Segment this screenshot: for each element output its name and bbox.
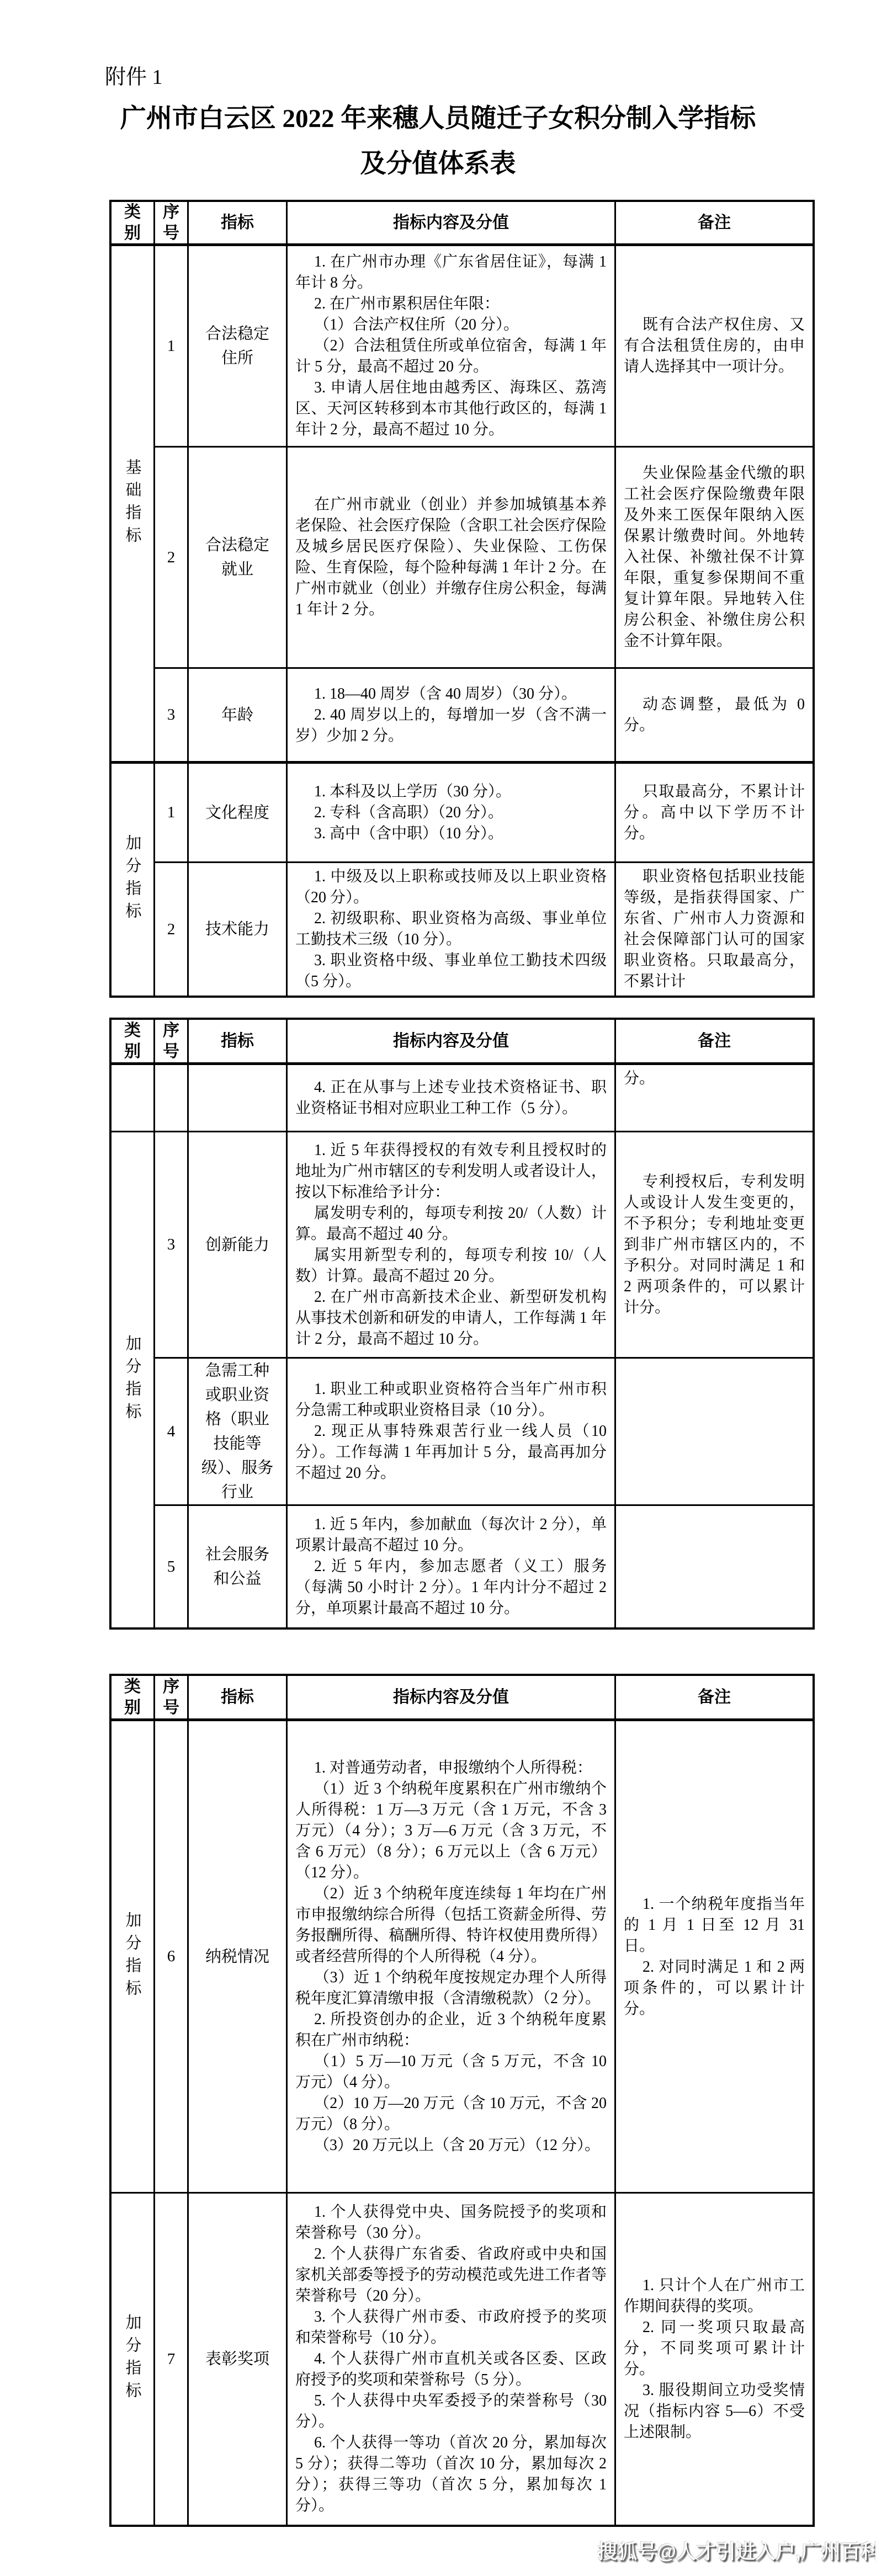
- content-age: 1. 18—40 周岁（含 40 周岁）（30 分）。2. 40 周岁以上的，每…: [288, 669, 616, 764]
- seq-cell: 7: [155, 2194, 189, 2525]
- seq-cell: 4: [155, 1359, 189, 1506]
- remark-legal-residence: 既有合法产权住房、又有合法租赁住房的，由申请人选择其中一项计分。: [616, 246, 813, 448]
- remark-legal-employment: 失业保险基金代缴的职工社会医疗保险缴费年限及外来工医保年限纳入医保累计缴费时间。…: [616, 448, 813, 669]
- remark-technical-skill: 职业资格包括职业技能等级，是指获得国家、广东省、广州市人力资源和社会保障部门认可…: [616, 863, 813, 996]
- remark-education: 只取最高分，不累计计分。高中以下学历不计分。: [616, 764, 813, 863]
- category-basic: 基础指标: [112, 246, 155, 764]
- sohu-watermark: 搜狐号@人才引进入户,广州百科: [597, 2536, 876, 2564]
- header-remark: 备注: [616, 1676, 813, 1721]
- content-legal-residence: 1. 在广州市办理《广东省居住证》，每满 1 年计 8 分。2. 在广州市累积居…: [288, 246, 616, 448]
- indicator-technical-skill: 技术能力: [189, 863, 288, 996]
- score-table-2: 类 别 序 号 指标 指标内容及分值 备注 4. 正在从事与上述专业技术资格证书…: [109, 1018, 815, 1630]
- remark-age: 动态调整，最低为 0 分。: [616, 669, 813, 764]
- score-table-3: 类 别 序 号 指标 指标内容及分值 备注 加分指标 6 纳税情况 1. 对普通…: [109, 1674, 815, 2527]
- category-bonus: 加分指标: [112, 1721, 155, 2194]
- content-legal-employment: 在广州市就业（创业）并参加城镇基本养老保险、社会医疗保险（含职工社会医疗保险及城…: [288, 448, 616, 669]
- header-content: 指标内容及分值: [288, 1676, 616, 1721]
- remark-innovation: 专利授权后，专利发明人或设计人发生变更的，不予积分；专利地址变更到非广州市辖区内…: [616, 1132, 813, 1359]
- remark-technical-skill-cont: 分。: [616, 1065, 813, 1132]
- remark-awards: 1. 只计个人在广州市工作期间获得的奖项。2. 同一奖项只取最高分，不同奖项可累…: [616, 2194, 813, 2525]
- content-innovation: 1. 近 5 年获得授权的有效专利且授权时的地址为广州市辖区的专利发明人或者设计…: [288, 1132, 616, 1359]
- seq-cell-empty: [155, 1065, 189, 1132]
- header-category: 类 别: [112, 202, 155, 246]
- header-remark: 备注: [616, 202, 813, 246]
- document-title-line2: 及分值体系表: [0, 141, 876, 187]
- indicator-social-service: 社会服务和公益: [189, 1506, 288, 1627]
- header-remark: 备注: [616, 1020, 813, 1065]
- header-seq: 序 号: [155, 202, 189, 246]
- remark-tax-status: 1. 一个纳税年度指当年的 1 月 1 日至 12 月 31 日。2. 对同时满…: [616, 1721, 813, 2194]
- category-bonus-label: 加分指标: [121, 1335, 144, 1425]
- indicator-legal-residence: 合法稳定住所: [189, 246, 288, 448]
- remark-urgent-trades: [616, 1359, 813, 1506]
- header-content: 指标内容及分值: [288, 1020, 616, 1065]
- attachment-label: 附件 1: [105, 65, 876, 89]
- indicator-awards: 表彰奖项: [189, 2194, 288, 2525]
- category-bonus-label: 加分指标: [121, 1912, 144, 2002]
- content-technical-skill-cont: 4. 正在从事与上述专业技术资格证书、职业资格证书相对应职业工种工作（5 分）。: [288, 1065, 616, 1132]
- category-empty-cell: [112, 1065, 155, 1132]
- seq-cell: 3: [155, 669, 189, 764]
- content-education: 1. 本科及以上学历（30 分）。2. 专科（含高职）（20 分）。3. 高中（…: [288, 764, 616, 863]
- category-basic-label: 基础指标: [121, 459, 144, 549]
- document-title-line1: 广州市白云区 2022 年来穗人员随迁子女积分制入学指标: [0, 96, 876, 141]
- indicator-innovation: 创新能力: [189, 1132, 288, 1359]
- header-category: 类 别: [112, 1020, 155, 1065]
- seq-cell: 1: [155, 246, 189, 448]
- header-content: 指标内容及分值: [288, 202, 616, 246]
- seq-cell: 2: [155, 863, 189, 996]
- content-technical-skill: 1. 中级及以上职称或技师及以上职业资格（20 分）。2. 初级职称、职业资格为…: [288, 863, 616, 996]
- seq-cell: 2: [155, 448, 189, 669]
- header-indicator: 指标: [189, 202, 288, 246]
- category-bonus: 加分指标: [112, 2194, 155, 2525]
- content-social-service: 1. 近 5 年内，参加献血（每次计 2 分），单项累计最高不超过 10 分。2…: [288, 1506, 616, 1627]
- seq-cell: 3: [155, 1132, 189, 1359]
- category-bonus-label: 加分指标: [121, 2314, 144, 2404]
- content-tax-status: 1. 对普通劳动者，申报缴纳个人所得税：（1）近 3 个纳税年度累积在广州市缴纳…: [288, 1721, 616, 2194]
- indicator-empty-cell: [189, 1065, 288, 1132]
- header-indicator: 指标: [189, 1020, 288, 1065]
- content-urgent-trades: 1. 职业工种或职业资格符合当年广州市积分急需工种或职业资格目录（10 分）。2…: [288, 1359, 616, 1506]
- seq-cell: 1: [155, 764, 189, 863]
- header-seq: 序 号: [155, 1676, 189, 1721]
- indicator-education: 文化程度: [189, 764, 288, 863]
- indicator-urgent-trades: 急需工种或职业资格（职业技能等级）、服务行业: [189, 1359, 288, 1506]
- header-category: 类 别: [112, 1676, 155, 1721]
- score-table-1: 类 别 序 号 指标 指标内容及分值 备注 基础指标 1 合法稳定住所 1. 在…: [109, 200, 815, 998]
- indicator-age: 年龄: [189, 669, 288, 764]
- header-seq: 序 号: [155, 1020, 189, 1065]
- remark-social-service: [616, 1506, 813, 1627]
- seq-cell: 5: [155, 1506, 189, 1627]
- header-indicator: 指标: [189, 1676, 288, 1721]
- seq-cell: 6: [155, 1721, 189, 2194]
- document-title: 广州市白云区 2022 年来穗人员随迁子女积分制入学指标 及分值体系表: [0, 96, 876, 187]
- document-page: 附件 1 广州市白云区 2022 年来穗人员随迁子女积分制入学指标 及分值体系表…: [0, 0, 876, 2576]
- indicator-tax-status: 纳税情况: [189, 1721, 288, 2194]
- content-awards: 1. 个人获得党中央、国务院授予的奖项和荣誉称号（30 分）。2. 个人获得广东…: [288, 2194, 616, 2525]
- category-bonus: 加分指标: [112, 1132, 155, 1627]
- category-bonus-label: 加分指标: [121, 834, 144, 925]
- indicator-legal-employment: 合法稳定就业: [189, 448, 288, 669]
- category-bonus: 加分指标: [112, 764, 155, 996]
